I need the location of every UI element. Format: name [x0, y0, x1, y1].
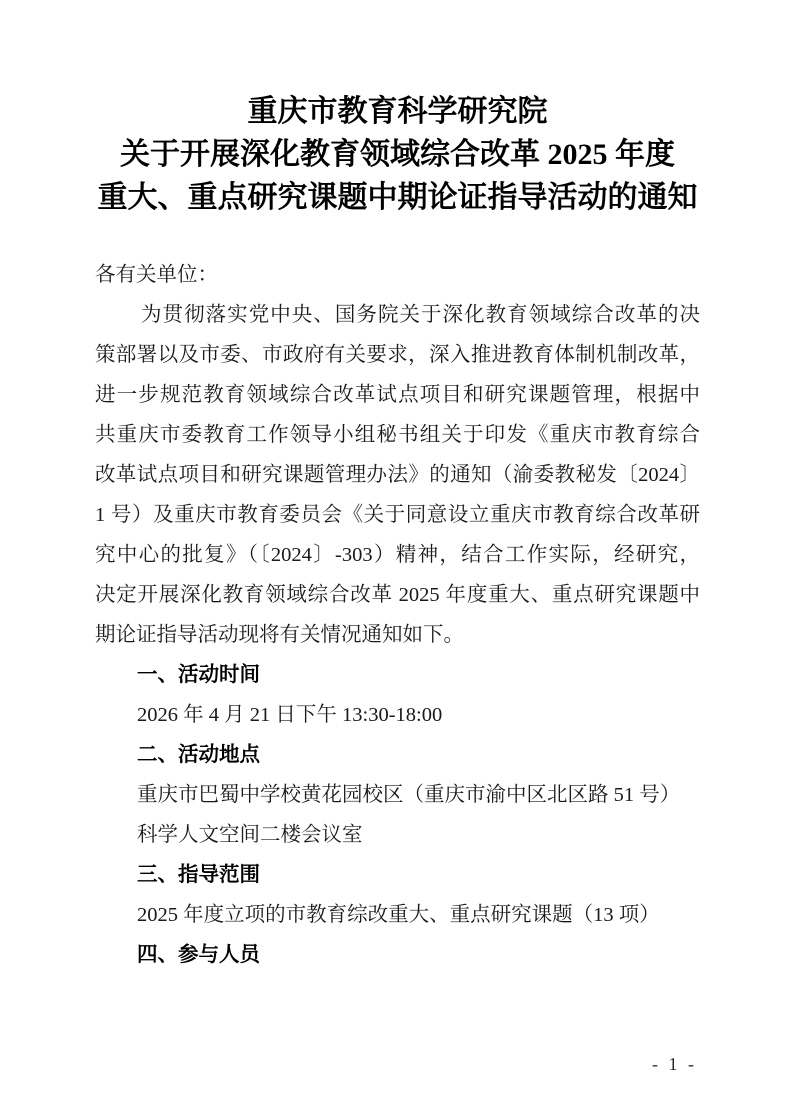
section-item-activity-time: 2026 年 4 月 21 日下午 13:30-18:00 [137, 695, 700, 735]
title-line-1: 重庆市教育科学研究院 [95, 90, 700, 133]
section-item-location-address: 重庆市巴蜀中学校黄花园校区（重庆市渝中区北区路 51 号） [137, 775, 700, 815]
paragraph-line: 共重庆市委教育工作领导小组秘书组关于印发《重庆市教育综合 [95, 415, 700, 455]
section-item-guidance-scope: 2025 年度立项的市教育综改重大、重点研究课题（13 项） [137, 895, 700, 935]
section-heading-participants: 四、参与人员 [137, 935, 700, 975]
document-body: 各有关单位： 为贯彻落实党中央、国务院关于深化教育领域综合改革的决 策部署以及市… [95, 255, 700, 975]
page-number: - 1 - [652, 1052, 697, 1076]
section-item-location-room: 科学人文空间二楼会议室 [137, 815, 700, 855]
document-title: 重庆市教育科学研究院 关于开展深化教育领域综合改革 2025 年度 重大、重点研… [95, 90, 700, 219]
title-line-2: 关于开展深化教育领域综合改革 2025 年度 [95, 133, 700, 176]
paragraph-line: 1 号）及重庆市教育委员会《关于同意设立重庆市教育综合改革研 [95, 495, 700, 535]
document-page: 重庆市教育科学研究院 关于开展深化教育领域综合改革 2025 年度 重大、重点研… [0, 0, 794, 1108]
paragraph-line: 决定开展深化教育领域综合改革 2025 年度重大、重点研究课题中 [95, 575, 700, 615]
section-heading-activity-time: 一、活动时间 [137, 655, 700, 695]
paragraph-line: 改革试点项目和研究课题管理办法》的通知（渝委教秘发〔2024〕 [95, 455, 700, 495]
section-heading-guidance-scope: 三、指导范围 [137, 855, 700, 895]
title-line-3: 重大、重点研究课题中期论证指导活动的通知 [95, 176, 700, 219]
section-heading-activity-location: 二、活动地点 [137, 735, 700, 775]
salutation: 各有关单位： [95, 255, 700, 295]
paragraph-line: 进一步规范教育领域综合改革试点项目和研究课题管理，根据中 [95, 375, 700, 415]
paragraph-line: 究中心的批复》（〔2024〕-303）精神，结合工作实际，经研究， [95, 535, 700, 575]
paragraph-line: 期论证指导活动现将有关情况通知如下。 [95, 615, 700, 655]
paragraph-line: 为贯彻落实党中央、国务院关于深化教育领域综合改革的决 [95, 295, 700, 335]
paragraph-line: 策部署以及市委、市政府有关要求，深入推进教育体制机制改革， [95, 335, 700, 375]
